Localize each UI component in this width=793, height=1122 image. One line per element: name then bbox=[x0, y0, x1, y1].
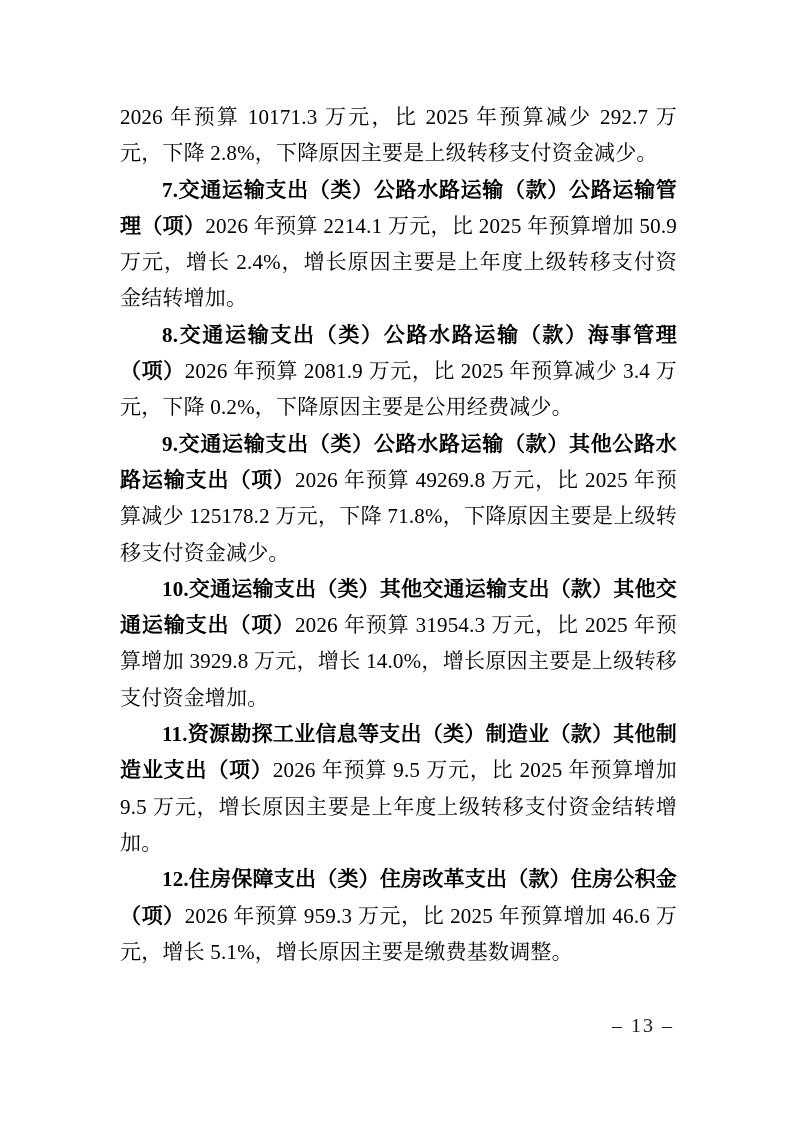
paragraph-item-8: 8.交通运输支出（类）公路水路运输（款）海事管理（项）2026 年预算 2081… bbox=[120, 317, 677, 426]
paragraph-item-9: 9.交通运输支出（类）公路水路运输（款）其他公路水路运输支出（项）2026 年预… bbox=[120, 426, 677, 571]
paragraph-text: 2026 年预算 959.3 万元，比 2025 年预算增加 46.6 万元，增… bbox=[120, 904, 677, 964]
page-number: – 13 – bbox=[612, 1012, 674, 1040]
paragraph-item-11: 11.资源勘探工业信息等支出（类）制造业（款）其他制造业支出（项）2026 年预… bbox=[120, 716, 677, 861]
paragraph-text: 2026 年预算 2081.9 万元，比 2025 年预算减少 3.4 万元，下… bbox=[120, 359, 677, 419]
paragraph-text: 2026 年预算 10171.3 万元，比 2025 年预算减少 292.7 万… bbox=[120, 105, 677, 165]
paragraph-item-10: 10.交通运输支出（类）其他交通运输支出（款）其他交通运输支出（项）2026 年… bbox=[120, 571, 677, 716]
paragraph-item-7: 7.交通运输支出（类）公路水路运输（款）公路运输管理（项）2026 年预算 22… bbox=[120, 172, 677, 317]
paragraph-item-12: 12.住房保障支出（类）住房改革支出（款）住房公积金（项）2026 年预算 95… bbox=[120, 861, 677, 970]
paragraph-continuation: 2026 年预算 10171.3 万元，比 2025 年预算减少 292.7 万… bbox=[120, 99, 677, 172]
document-body: 2026 年预算 10171.3 万元，比 2025 年预算减少 292.7 万… bbox=[120, 99, 677, 970]
document-page: 2026 年预算 10171.3 万元，比 2025 年预算减少 292.7 万… bbox=[0, 0, 793, 1122]
